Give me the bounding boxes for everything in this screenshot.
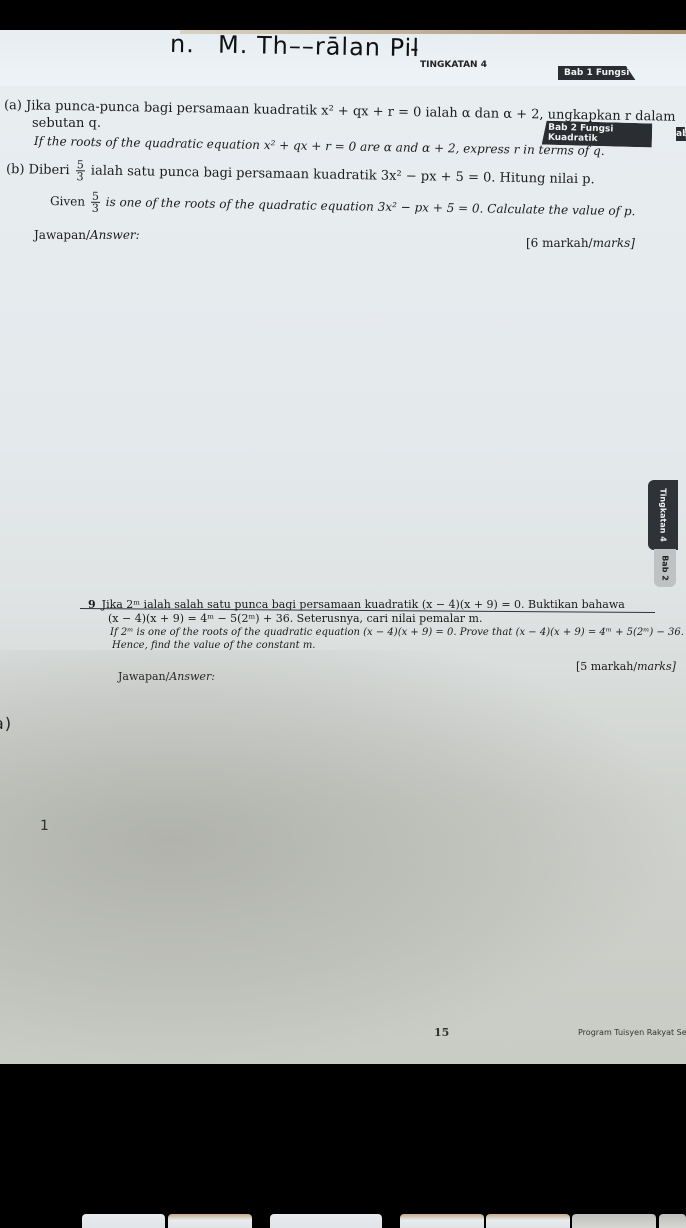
page-thumbnail[interactable] xyxy=(486,1214,570,1228)
question-8a-malay-line-2: sebutan q. xyxy=(32,116,101,131)
question-8b-english: Given 53 is one of the roots of the quad… xyxy=(50,190,636,223)
thumbnail-strip xyxy=(0,1214,686,1228)
page-thumbnail[interactable] xyxy=(659,1214,686,1228)
worksheet-photo: n. M. Th––rālan Pil̵ TINGKATAN 4 Bab 1 F… xyxy=(0,30,686,1064)
handwritten-name: n. M. Th––rālan Pil̵ xyxy=(170,30,420,62)
question-8a-label: (a) xyxy=(4,98,22,113)
page-thumbnail[interactable] xyxy=(270,1214,382,1228)
chapter-badge-1: Bab 1 Fungsi xyxy=(558,66,635,80)
question-9-english-line-1: If 2ᵐ is one of the roots of the quadrat… xyxy=(110,627,684,638)
fraction-five-thirds: 53 xyxy=(91,191,100,214)
answer-label-q8: Jawapan/Answer: xyxy=(34,228,140,242)
question-9-malay-line-2: (x − 4)(x + 9) = 4ᵐ − 5(2ᵐ) + 36. Seteru… xyxy=(108,612,482,625)
side-tab-chapter: Bab 2 xyxy=(654,549,676,587)
page-number: 15 xyxy=(434,1026,449,1039)
question-8b-label: (b) xyxy=(6,162,25,177)
fraction-five-thirds: 53 xyxy=(76,159,85,182)
question-9-number: 9 xyxy=(88,598,96,611)
question-8a-malay: Jika punca-punca bagi persamaan kuadrati… xyxy=(26,98,676,124)
page-thumbnail[interactable] xyxy=(400,1214,484,1228)
page-thumbnail[interactable] xyxy=(572,1214,656,1228)
chapter-badge-edge: ab xyxy=(676,127,686,141)
form-level-label: TINGKATAN 4 xyxy=(420,60,487,70)
question-8b-malay: (b) Diberi 53 ialah satu punca bagi pers… xyxy=(6,158,595,191)
footer-program-name: Program Tuisyen Rakyat Selar xyxy=(578,1028,686,1037)
page-thumbnail[interactable] xyxy=(168,1214,252,1228)
question-9-malay-line-1: 9Jika 2ᵐ ialah salah satu punca bagi per… xyxy=(88,598,625,611)
question-8a-english: If the roots of the quadratic equation x… xyxy=(34,134,605,158)
hand-shadow xyxy=(0,650,686,1064)
question-8a-malay-line-1: (a) Jika punca-punca bagi persamaan kuad… xyxy=(4,98,676,125)
marks-q8: [6 markah/marks] xyxy=(526,236,635,250)
page-thumbnail[interactable] xyxy=(82,1214,165,1228)
side-tab-form: Tingkatan 4 xyxy=(648,480,678,550)
